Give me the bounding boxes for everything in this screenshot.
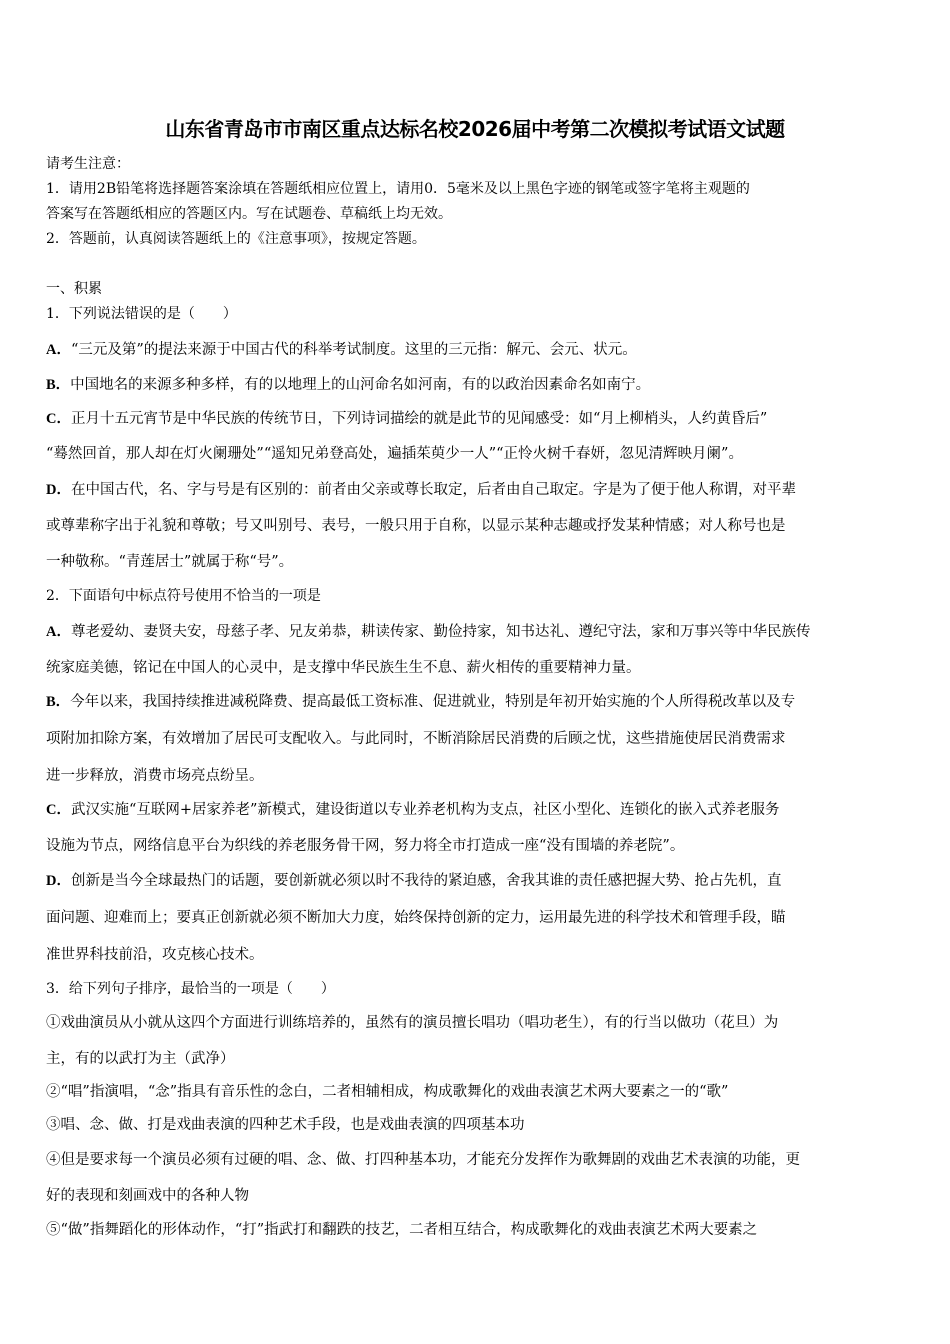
- q2-option-a-cont: 统家庭美德，铭记在中国人的心灵中，是支撑中华民族生生不息、薪火相传的重要精神力量…: [46, 656, 641, 677]
- option-label: B．: [46, 694, 70, 710]
- q3-sentence-1-cont: 主，有的以武打为主（武净）: [46, 1047, 235, 1068]
- q1-option-c: C．正月十五元宵节是中华民族的传统节日，下列诗词描绘的就是此节的见闻感受：如“月…: [46, 407, 767, 428]
- q2-option-d: D．创新是当今全球最热门的话题，要创新就必须以时不我待的紧迫感，舍我其谁的责任感…: [46, 869, 781, 890]
- q2-option-d-cont: 面问题、迎难而上；要真正创新就必须不断加大力度，始终保持创新的定力，运用最先进的…: [46, 906, 786, 927]
- q2-option-b-cont: 进一步释放，消费市场亮点纷呈。: [46, 764, 264, 785]
- q3-sentence-5: ⑤“做”指舞蹈化的形体动作，“打”指武打和翻跌的技艺，二者相互结合，构成歌舞化的…: [46, 1218, 757, 1239]
- q1-option-d-cont: 一种敬称。“青莲居士”就属于称“号”。: [46, 550, 293, 571]
- q2-option-c-cont: 设施为节点，网络信息平台为织线的养老服务骨干网，努力将全市打造成一座“没有围墙的…: [46, 834, 684, 855]
- notice-heading: 请考生注意：: [46, 153, 130, 173]
- question-3-stem: 3．给下列句子排序，最恰当的一项是（ ）: [46, 978, 335, 998]
- q2-option-c: C．武汉实施“互联网+居家养老”新模式，建设街道以专业养老机构为支点，社区小型化…: [46, 798, 779, 819]
- q1-option-d: D．在中国古代，名、字与号是有区别的：前者由父亲或尊长取定，后者由自己取定。字是…: [46, 478, 796, 499]
- q3-sentence-2: ②“唱”指演唱，“念”指具有音乐性的念白，二者相辅相成，构成歌舞化的戏曲表演艺术…: [46, 1080, 728, 1101]
- option-label: D．: [46, 873, 71, 889]
- q3-sentence-4: ④但是要求每一个演员必须有过硬的唱、念、做、打四种基本功，才能充分发挥作为歌舞剧…: [46, 1148, 800, 1169]
- page-title: 山东省青岛市市南区重点达标名校2026届中考第二次模拟考试语文试题: [0, 113, 950, 142]
- q1-option-a: A．“三元及第”的提法来源于中国古代的科举考试制度。这里的三元指：解元、会元、状…: [46, 338, 637, 359]
- question-2-stem: 2．下面语句中标点符号使用不恰当的一项是: [46, 585, 321, 605]
- q1-option-c-cont: “蓦然回首，那人却在灯火阑珊处”“遥知兄弟登高处，遍插茱萸少一人”“正怜火树千春…: [46, 442, 743, 463]
- option-label: A．: [46, 342, 71, 358]
- q1-option-b: B．中国地名的来源多种多样，有的以地理上的山河命名如河南，有的以政治因素命名如南…: [46, 373, 650, 394]
- option-label: B．: [46, 377, 70, 393]
- q2-option-b-cont: 项附加扣除方案，有效增加了居民可支配收入。与此同时，不断消除居民消费的后顾之忧，…: [46, 727, 786, 748]
- q2-option-a: A．尊老爱幼、妻贤夫安，母慈子孝、兄友弟恭，耕读传家、勤俭持家，知书达礼、遵纪守…: [46, 620, 810, 641]
- option-label: C．: [46, 802, 71, 818]
- notice-item-1: 1．请用2B铅笔将选择题答案涂填在答题纸相应位置上，请用0．5毫米及以上黑色字迹…: [46, 178, 750, 198]
- q2-option-d-cont: 准世界科技前沿，攻克核心技术。: [46, 943, 264, 964]
- notice-item-2: 2．答题前，认真阅读答题纸上的《注意事项》，按规定答题。: [46, 228, 426, 248]
- option-label: C．: [46, 411, 71, 427]
- notice-item-1-cont: 答案写在答题纸相应的答题区内。写在试题卷、草稿纸上均无效。: [46, 203, 452, 223]
- q3-sentence-3: ③唱、念、做、打是戏曲表演的四种艺术手段，也是戏曲表演的四项基本功: [46, 1113, 525, 1134]
- option-label: A．: [46, 624, 71, 640]
- question-1-stem: 1．下列说法错误的是（ ）: [46, 303, 237, 323]
- section-heading: 一、积累: [46, 278, 102, 298]
- q1-option-d-cont: 或尊辈称字出于礼貌和尊敬；号又叫别号、表号，一般只用于自称，以显示某种志趣或抒发…: [46, 514, 786, 535]
- q3-sentence-4-cont: 好的表现和刻画戏中的各种人物: [46, 1184, 249, 1205]
- document-page: 山东省青岛市市南区重点达标名校2026届中考第二次模拟考试语文试题 请考生注意：…: [0, 0, 950, 1344]
- option-label: D．: [46, 482, 71, 498]
- q2-option-b: B．今年以来，我国持续推进减税降费、提高最低工资标准、促进就业，特别是年初开始实…: [46, 690, 795, 711]
- q3-sentence-1: ①戏曲演员从小就从这四个方面进行训练培养的，虽然有的演员擅长唱功（唱功老生），有…: [46, 1011, 778, 1032]
